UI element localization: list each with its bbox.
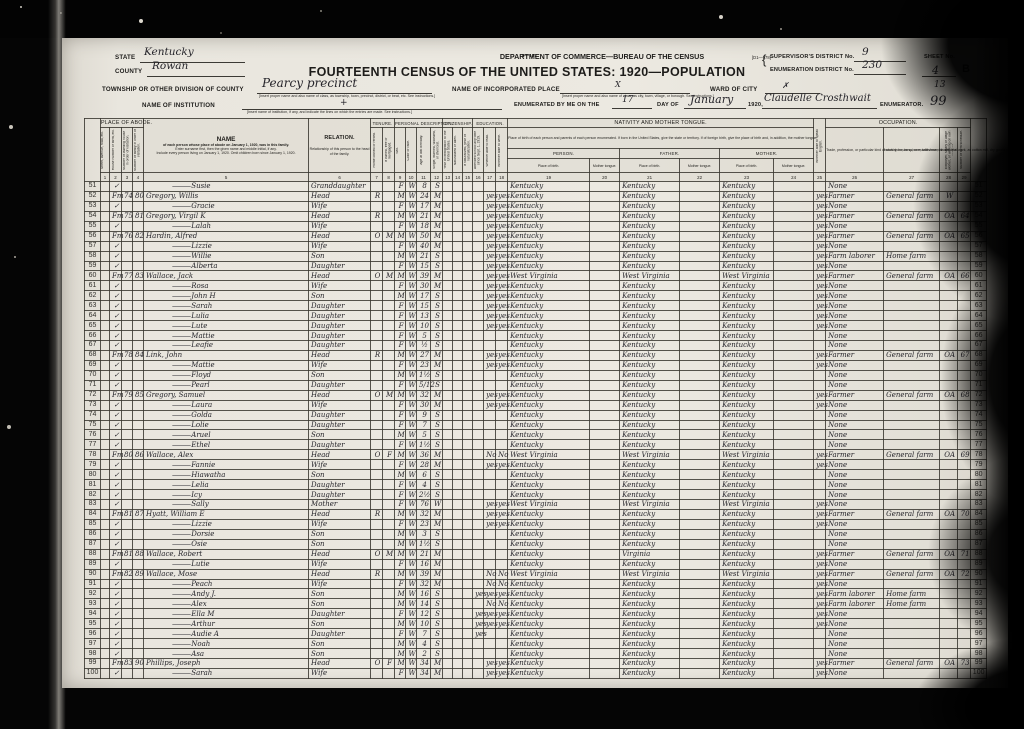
- cell-family-number: [133, 400, 144, 410]
- cell-employer-class: OA: [940, 659, 958, 669]
- cell-dwelling-number: 83: [122, 659, 133, 669]
- cell-speaks-english: [814, 529, 826, 539]
- cell-mother-mother-tongue: [774, 350, 814, 360]
- cell-mother-mother-tongue: [774, 211, 814, 221]
- cell-mother-tongue: [590, 589, 620, 599]
- cell-color: W: [406, 589, 417, 599]
- cell-naturalized: [453, 549, 463, 559]
- cell-farm-schedule: [958, 609, 971, 619]
- cell-father-mother-tongue: [680, 440, 720, 450]
- line-number-left: 84: [85, 509, 101, 519]
- cell-naturalized: [453, 410, 463, 420]
- cell-marital: S: [431, 301, 443, 311]
- header-nativity-note: Place of birth of each person and parent…: [508, 128, 814, 149]
- cell-relation: Son: [309, 589, 371, 599]
- ditto-mark: ———: [172, 222, 191, 230]
- cell-employer-class: [940, 539, 958, 549]
- cell-street: [101, 271, 110, 281]
- cell-speaks-english: yes: [814, 589, 826, 599]
- cell-mother-mother-tongue: [774, 291, 814, 301]
- cell-dwelling-number: [122, 370, 133, 380]
- cell-age: 21: [417, 549, 431, 559]
- cell-speaks-english: yes: [814, 231, 826, 241]
- cell-naturalization-year: [463, 589, 473, 599]
- cell-attended-school: [473, 241, 484, 251]
- line-number-right: 66: [971, 331, 987, 341]
- cell-able-to-read: yes: [484, 519, 496, 529]
- census-row: 76✓——— AruelSonMW5SKentuckyKentuckyKentu…: [85, 430, 987, 440]
- cell-industry: [884, 579, 940, 589]
- cell-mother-birthplace: Kentucky: [720, 251, 774, 261]
- cell-farm-schedule: [958, 410, 971, 420]
- cell-sex: F: [395, 321, 406, 331]
- cell-able-to-write: yes: [496, 311, 508, 321]
- cell-occupation: None: [826, 182, 884, 192]
- cell-mother-birthplace: Kentucky: [720, 609, 774, 619]
- cell-farm-schedule: [958, 619, 971, 629]
- line-number-left: 98: [85, 649, 101, 659]
- cell-father-birthplace: Kentucky: [620, 529, 680, 539]
- cell-age: 3: [417, 529, 431, 539]
- cell-name: ——— Hiawatha: [144, 470, 309, 480]
- cell-naturalized: [453, 291, 463, 301]
- cell-dwelling-number: [122, 221, 133, 231]
- cell-able-to-read: yes: [484, 291, 496, 301]
- cell-home-owned: [371, 629, 383, 639]
- cell-able-to-read: [484, 331, 496, 341]
- census-row: 93✓——— AlexSonMW14SNoNoKentuckyKentuckyK…: [85, 599, 987, 609]
- cell-marital: S: [431, 430, 443, 440]
- cell-industry: [884, 221, 940, 231]
- cell-free-mortgaged: [383, 370, 395, 380]
- cell-free-mortgaged: [383, 321, 395, 331]
- cell-farm-schedule: [958, 291, 971, 301]
- cell-naturalization-year: [463, 311, 473, 321]
- cell-naturalized: [453, 201, 463, 211]
- cell-sex: F: [395, 579, 406, 589]
- cell-naturalized: [453, 311, 463, 321]
- line-number-left: 59: [85, 261, 101, 271]
- cell-marital: M: [431, 231, 443, 241]
- cell-relation: Head: [309, 549, 371, 559]
- line-number-right: 95: [971, 619, 987, 629]
- cell-color: W: [406, 539, 417, 549]
- cell-name: ——— Lalah: [144, 221, 309, 231]
- institution-note: [Insert name of institution, if any, and…: [247, 110, 412, 114]
- cell-father-birthplace: West Virginia: [620, 500, 680, 510]
- cell-street: [101, 549, 110, 559]
- cell-street: [101, 261, 110, 271]
- cell-able-to-write: yes: [496, 400, 508, 410]
- cell-mother-tongue: [590, 400, 620, 410]
- cell-naturalization-year: [463, 450, 473, 460]
- incorporated-place-mark: X: [615, 80, 621, 89]
- cell-able-to-write: [496, 331, 508, 341]
- cell-naturalized: [453, 281, 463, 291]
- cell-able-to-read: yes: [484, 311, 496, 321]
- cell-naturalized: [453, 191, 463, 201]
- cell-free-mortgaged: [383, 410, 395, 420]
- cell-able-to-write: yes: [496, 500, 508, 510]
- census-table: PLACE OF ABODE. NAME of each person whos…: [84, 118, 987, 679]
- cell-father-birthplace: Kentucky: [620, 460, 680, 470]
- line-number-left: 74: [85, 410, 101, 420]
- cell-speaks-english: yes: [814, 549, 826, 559]
- cell-able-to-write: No: [496, 579, 508, 589]
- cell-able-to-read: yes: [484, 211, 496, 221]
- cell-mother-birthplace: Kentucky: [720, 191, 774, 201]
- supervisor-label: SUPERVISOR'S DISTRICT No.: [770, 54, 855, 60]
- line-number-right: 71: [971, 380, 987, 390]
- cell-home-owned: O: [371, 271, 383, 281]
- cell-family-number: [133, 370, 144, 380]
- cell-home-owned: [371, 182, 383, 192]
- cell-attended-school: [473, 470, 484, 480]
- cell-farm-schedule: [958, 341, 971, 351]
- cell-employer-class: [940, 360, 958, 370]
- header-able-to-write: Whether able to write.: [496, 128, 508, 173]
- census-row: 67✓——— LeafieDaughterFW½SKentuckyKentuck…: [85, 341, 987, 351]
- cell-mother-tongue: [590, 241, 620, 251]
- cell-able-to-read: [484, 430, 496, 440]
- cell-mother-tongue: [590, 569, 620, 579]
- cell-industry: [884, 539, 940, 549]
- cell-occupation: None: [826, 490, 884, 500]
- cell-free-mortgaged: [383, 221, 395, 231]
- cell-mother-tongue: [590, 221, 620, 231]
- cell-free-mortgaged: [383, 470, 395, 480]
- cell-farm-mark: Fm: [110, 509, 122, 519]
- cell-occupation: None: [826, 341, 884, 351]
- cell-mother-tongue: [590, 649, 620, 659]
- cell-immigration-year: [443, 281, 453, 291]
- census-row: 63✓——— SarahDaughterFW15SyesyesKentuckyK…: [85, 301, 987, 311]
- cell-dwelling-number: [122, 410, 133, 420]
- cell-naturalized: [453, 390, 463, 400]
- cell-attended-school: [473, 291, 484, 301]
- cell-sex: F: [395, 440, 406, 450]
- cell-speaks-english: yes: [814, 271, 826, 281]
- cell-name: ——— Mattie: [144, 331, 309, 341]
- cell-marital: M: [431, 400, 443, 410]
- cell-attended-school: [473, 231, 484, 241]
- cell-mother-mother-tongue: [774, 251, 814, 261]
- cell-employer-class: [940, 599, 958, 609]
- cell-street: [101, 380, 110, 390]
- cell-name: Gregory, Virgil K: [144, 211, 309, 221]
- cell-street: [101, 569, 110, 579]
- cell-sex: M: [395, 529, 406, 539]
- cell-attended-school: [473, 211, 484, 221]
- cell-father-birthplace: West Virginia: [620, 271, 680, 281]
- cell-birthplace: Kentucky: [508, 659, 590, 669]
- line-number-left: 57: [85, 241, 101, 251]
- ditto-mark: ———: [172, 620, 191, 628]
- cell-mother-tongue: [590, 291, 620, 301]
- cell-speaks-english: [814, 490, 826, 500]
- cell-mother-mother-tongue: [774, 569, 814, 579]
- cell-color: W: [406, 599, 417, 609]
- cell-relation: Wife: [309, 460, 371, 470]
- cell-mother-tongue: [590, 559, 620, 569]
- cell-birthplace: West Virginia: [508, 569, 590, 579]
- cell-farm-mark: ✓: [110, 629, 122, 639]
- cell-mother-birthplace: Kentucky: [720, 331, 774, 341]
- cell-able-to-read: [484, 420, 496, 430]
- cell-name: Wallace, Alex: [144, 450, 309, 460]
- cell-employer-class: [940, 609, 958, 619]
- cell-able-to-write: yes: [496, 281, 508, 291]
- cell-father-birthplace: Kentucky: [620, 241, 680, 251]
- cell-mother-tongue: [590, 211, 620, 221]
- cell-able-to-read: yes: [484, 261, 496, 271]
- line-number-right: 90: [971, 569, 987, 579]
- cell-name: ——— Floyd: [144, 370, 309, 380]
- line-number-left: 94: [85, 609, 101, 619]
- cell-farm-schedule: [958, 599, 971, 609]
- cell-farm-schedule: [958, 460, 971, 470]
- cell-mother-mother-tongue: [774, 182, 814, 192]
- cell-naturalization-year: [463, 609, 473, 619]
- cell-able-to-write: yes: [496, 241, 508, 251]
- cell-color: W: [406, 649, 417, 659]
- cell-relation: Daughter: [309, 480, 371, 490]
- cell-street: [101, 201, 110, 211]
- cell-able-to-write: [496, 370, 508, 380]
- cell-attended-school: yes: [473, 609, 484, 619]
- cell-employer-class: [940, 529, 958, 539]
- ditto-mark: ———: [172, 630, 191, 638]
- cell-sex: F: [395, 331, 406, 341]
- cell-attended-school: yes: [473, 619, 484, 629]
- cell-employer-class: [940, 440, 958, 450]
- cell-able-to-write: yes: [496, 221, 508, 231]
- cell-naturalization-year: [463, 261, 473, 271]
- census-table-body: 51✓——— SusieGranddaughterFW8SKentuckyKen…: [85, 182, 987, 679]
- cell-home-owned: [371, 609, 383, 619]
- cell-naturalized: [453, 350, 463, 360]
- cell-mother-tongue: [590, 619, 620, 629]
- cell-able-to-read: yes: [484, 301, 496, 311]
- cell-mother-birthplace: Kentucky: [720, 211, 774, 221]
- cell-immigration-year: [443, 509, 453, 519]
- cell-naturalization-year: [463, 301, 473, 311]
- header-nativity: NATIVITY AND MOTHER TONGUE.: [508, 119, 814, 128]
- cell-naturalization-year: [463, 599, 473, 609]
- cell-industry: [884, 380, 940, 390]
- cell-dwelling-number: [122, 609, 133, 619]
- cell-street: [101, 331, 110, 341]
- cell-home-owned: [371, 370, 383, 380]
- ditto-mark: ———: [172, 411, 191, 419]
- cell-name: ——— Sarah: [144, 301, 309, 311]
- cell-home-owned: [371, 470, 383, 480]
- cell-sex: F: [395, 480, 406, 490]
- cell-mother-birthplace: Kentucky: [720, 390, 774, 400]
- cell-able-to-write: [496, 480, 508, 490]
- cell-relation: Head: [309, 271, 371, 281]
- cell-farm-mark: ✓: [110, 619, 122, 629]
- cell-name: Wallace, Mose: [144, 569, 309, 579]
- line-number-left: 51: [85, 182, 101, 192]
- cell-able-to-read: yes: [484, 360, 496, 370]
- cell-naturalized: [453, 500, 463, 510]
- cell-relation: Head: [309, 350, 371, 360]
- cell-naturalization-year: [463, 331, 473, 341]
- cell-marital: S: [431, 341, 443, 351]
- cell-mother-birthplace: Kentucky: [720, 559, 774, 569]
- cell-relation: Head: [309, 450, 371, 460]
- line-number-left: 99: [85, 659, 101, 669]
- cell-attended-school: [473, 350, 484, 360]
- ditto-mark: ———: [172, 640, 191, 648]
- cell-farm-schedule: [958, 281, 971, 291]
- cell-naturalization-year: [463, 629, 473, 639]
- line-number-right: 80: [971, 470, 987, 480]
- line-number-left: 66: [85, 331, 101, 341]
- cell-mother-mother-tongue: [774, 301, 814, 311]
- header-mother-tongue: Mother tongue.: [774, 159, 814, 173]
- cell-naturalized: [453, 380, 463, 390]
- cell-father-birthplace: Kentucky: [620, 559, 680, 569]
- cell-relation: Wife: [309, 201, 371, 211]
- cell-age: 50: [417, 231, 431, 241]
- cell-occupation: None: [826, 519, 884, 529]
- cell-home-owned: [371, 311, 383, 321]
- cell-family-number: [133, 579, 144, 589]
- institution-label: NAME OF INSTITUTION: [142, 102, 215, 109]
- cell-employer-class: [940, 281, 958, 291]
- cell-color: W: [406, 400, 417, 410]
- cell-naturalized: [453, 420, 463, 430]
- cell-family-number: 84: [133, 350, 144, 360]
- cell-free-mortgaged: [383, 500, 395, 510]
- cell-naturalized: [453, 331, 463, 341]
- cell-able-to-read: [484, 370, 496, 380]
- cell-free-mortgaged: [383, 301, 395, 311]
- cell-color: W: [406, 261, 417, 271]
- header-father: FATHER.: [620, 148, 720, 158]
- census-row: 77✓——— EthelDaughterFW1½SKentuckyKentuck…: [85, 440, 987, 450]
- cell-occupation: Farmer: [826, 659, 884, 669]
- cell-farm-schedule: [958, 629, 971, 639]
- cell-sex: M: [395, 350, 406, 360]
- cell-attended-school: [473, 301, 484, 311]
- cell-speaks-english: [814, 480, 826, 490]
- line-number-right: 99: [971, 659, 987, 669]
- cell-speaks-english: yes: [814, 579, 826, 589]
- line-number-right: 53: [971, 201, 987, 211]
- header-dwelling-number: Number of dwelling house in order of vis…: [122, 128, 133, 173]
- cell-speaks-english: yes: [814, 509, 826, 519]
- cell-marital: S: [431, 609, 443, 619]
- cell-mother-mother-tongue: [774, 629, 814, 639]
- cell-home-owned: [371, 460, 383, 470]
- cell-color: W: [406, 440, 417, 450]
- cell-naturalized: [453, 539, 463, 549]
- cell-marital: M: [431, 450, 443, 460]
- cell-father-mother-tongue: [680, 529, 720, 539]
- line-number-left: 70: [85, 370, 101, 380]
- cell-occupation: None: [826, 529, 884, 539]
- cell-mother-birthplace: Kentucky: [720, 420, 774, 430]
- cell-free-mortgaged: [383, 331, 395, 341]
- cell-name: ——— Lutie: [144, 559, 309, 569]
- cell-occupation: None: [826, 668, 884, 678]
- cell-naturalization-year: [463, 251, 473, 261]
- cell-farm-mark: ✓: [110, 420, 122, 430]
- cell-able-to-write: [496, 539, 508, 549]
- line-number-left: 92: [85, 589, 101, 599]
- cell-family-number: [133, 599, 144, 609]
- ditto-mark: ———: [172, 500, 191, 508]
- cell-farm-mark: ✓: [110, 251, 122, 261]
- cell-sex: F: [395, 400, 406, 410]
- line-number-right: 98: [971, 649, 987, 659]
- cell-free-mortgaged: [383, 529, 395, 539]
- cell-attended-school: [473, 549, 484, 559]
- cell-immigration-year: [443, 599, 453, 609]
- cell-dwelling-number: 75: [122, 211, 133, 221]
- cell-street: [101, 460, 110, 470]
- cell-attended-school: [473, 311, 484, 321]
- cell-mother-birthplace: Kentucky: [720, 281, 774, 291]
- cell-farm-mark: ✓: [110, 182, 122, 192]
- cell-naturalized: [453, 460, 463, 470]
- cell-employer-class: OA: [940, 350, 958, 360]
- cell-naturalization-year: [463, 271, 473, 281]
- cell-naturalized: [453, 370, 463, 380]
- cell-industry: General farm: [884, 390, 940, 400]
- cell-color: W: [406, 311, 417, 321]
- cell-attended-school: [473, 490, 484, 500]
- cell-family-number: 83: [133, 271, 144, 281]
- cell-street: [101, 350, 110, 360]
- cell-mother-tongue: [590, 390, 620, 400]
- cell-father-birthplace: Kentucky: [620, 649, 680, 659]
- cell-naturalized: [453, 599, 463, 609]
- cell-mother-birthplace: Kentucky: [720, 360, 774, 370]
- cell-mother-birthplace: Kentucky: [720, 430, 774, 440]
- census-row: 97✓——— NoahSonMW4SKentuckyKentuckyKentuc…: [85, 639, 987, 649]
- cell-mother-tongue: [590, 629, 620, 639]
- line-number-left: 58: [85, 251, 101, 261]
- cell-father-birthplace: Kentucky: [620, 490, 680, 500]
- cell-age: 39: [417, 271, 431, 281]
- cell-home-owned: [371, 380, 383, 390]
- cell-naturalization-year: [463, 569, 473, 579]
- cell-able-to-read: [484, 529, 496, 539]
- cell-home-owned: [371, 201, 383, 211]
- cell-naturalization-year: [463, 291, 473, 301]
- cell-naturalization-year: [463, 490, 473, 500]
- line-number-right: 100: [971, 668, 987, 678]
- cell-immigration-year: [443, 668, 453, 678]
- cell-attended-school: [473, 400, 484, 410]
- cell-birthplace: Kentucky: [508, 519, 590, 529]
- cell-able-to-read: [484, 539, 496, 549]
- cell-relation: Head: [309, 191, 371, 201]
- cell-able-to-read: yes: [484, 500, 496, 510]
- line-number-gutter-left: [85, 119, 101, 182]
- cell-father-birthplace: Kentucky: [620, 182, 680, 192]
- cell-able-to-write: yes: [496, 360, 508, 370]
- cell-family-number: [133, 182, 144, 192]
- cell-naturalization-year: [463, 211, 473, 221]
- cell-occupation: Farm laborer: [826, 599, 884, 609]
- cell-able-to-write: yes: [496, 201, 508, 211]
- cell-name: ——— Lelia: [144, 480, 309, 490]
